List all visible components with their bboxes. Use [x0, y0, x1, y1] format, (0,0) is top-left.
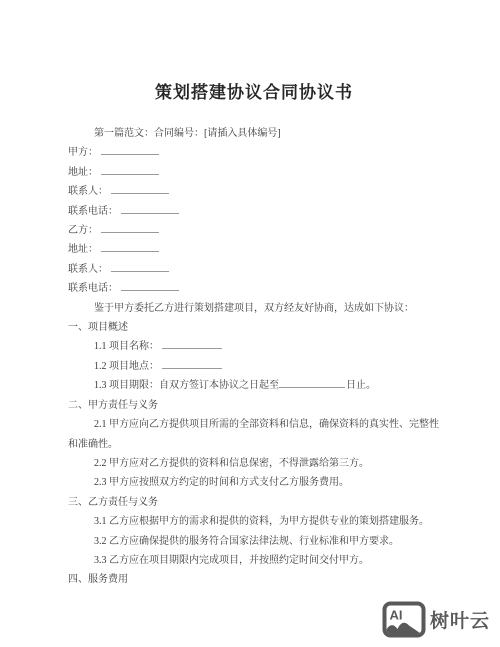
watermark-icon-label: AI	[389, 608, 402, 623]
item-1-1-label: 1.1 项目名称：	[94, 341, 159, 352]
blank-line	[101, 144, 159, 155]
section-heading-2: 二、甲方责任与义务	[68, 396, 440, 415]
section-heading-4: 四、服务费用	[68, 570, 440, 589]
section-heading-3: 三、乙方责任与义务	[68, 493, 440, 512]
contact-a-label: 联系人：	[68, 186, 108, 197]
preamble: 鉴于甲方委托乙方进行策划搭建项目，双方经友好协商，达成如下协议：	[68, 299, 440, 318]
blank-line	[162, 338, 222, 349]
party-a-line: 甲方：	[68, 143, 440, 162]
page-title: 策划搭建协议合同协议书	[68, 0, 440, 103]
contact-a-line: 联系人：	[68, 182, 440, 201]
item-1-3-suffix: 日止。	[346, 380, 376, 391]
watermark: AI 树叶云	[382, 601, 490, 638]
blank-line	[121, 203, 179, 214]
contract-document: 策划搭建协议合同协议书 第一篇范文：合同编号：[请插入具体编号] 甲方： 地址：…	[68, 0, 440, 590]
blank-line	[162, 358, 222, 369]
phone-b-label: 联系电话：	[68, 283, 118, 294]
document-body: 第一篇范文：合同编号：[请插入具体编号] 甲方： 地址： 联系人： 联系电话： …	[68, 124, 440, 590]
item-2-1: 2.1 甲方应向乙方提供项目所需的全部资料和信息，确保资料的真实性、完整性和准确…	[68, 415, 440, 454]
blank-line	[101, 164, 159, 175]
blank-line	[101, 222, 159, 233]
item-1-3: 1.3 项目期限：自双方签订本协议之日起至日止。	[68, 376, 440, 395]
blank-line	[279, 377, 345, 388]
section-heading-1: 一、项目概述	[68, 318, 440, 337]
ai-image-icon: AI	[382, 601, 426, 638]
contact-b-label: 联系人：	[68, 264, 108, 275]
item-1-3-label: 1.3 项目期限：自双方签订本协议之日起至	[94, 380, 279, 391]
item-2-3: 2.3 甲方应按照双方约定的时间和方式支付乙方服务费用。	[68, 473, 440, 492]
item-3-3: 3.3 乙方应在项目期限内完成项目，并按照约定时间交付甲方。	[68, 551, 440, 570]
blank-line	[101, 241, 159, 252]
party-a-label: 甲方：	[68, 147, 98, 158]
watermark-brand-text: 树叶云	[430, 606, 490, 633]
intro-line: 第一篇范文：合同编号：[请插入具体编号]	[68, 124, 440, 143]
address-a-label: 地址：	[68, 167, 98, 178]
address-b-label: 地址：	[68, 244, 98, 255]
item-1-1: 1.1 项目名称：	[68, 337, 440, 356]
phone-a-line: 联系电话：	[68, 202, 440, 221]
blank-line	[111, 183, 169, 194]
party-b-label: 乙方：	[68, 225, 98, 236]
blank-line	[111, 261, 169, 272]
item-3-1: 3.1 乙方应根据甲方的需求和提供的资料，为甲方提供专业的策划搭建服务。	[68, 512, 440, 531]
item-3-2: 3.2 乙方应确保提供的服务符合国家法律法规、行业标准和甲方要求。	[68, 532, 440, 551]
address-a-line: 地址：	[68, 163, 440, 182]
phone-a-label: 联系电话：	[68, 206, 118, 217]
blank-line	[121, 280, 179, 291]
phone-b-line: 联系电话：	[68, 279, 440, 298]
item-1-2: 1.2 项目地点：	[68, 357, 440, 376]
party-b-line: 乙方：	[68, 221, 440, 240]
address-b-line: 地址：	[68, 240, 440, 259]
item-2-2: 2.2 甲方应对乙方提供的资料和信息保密，不得泄露给第三方。	[68, 454, 440, 473]
contact-b-line: 联系人：	[68, 260, 440, 279]
item-1-2-label: 1.2 项目地点：	[94, 361, 159, 372]
